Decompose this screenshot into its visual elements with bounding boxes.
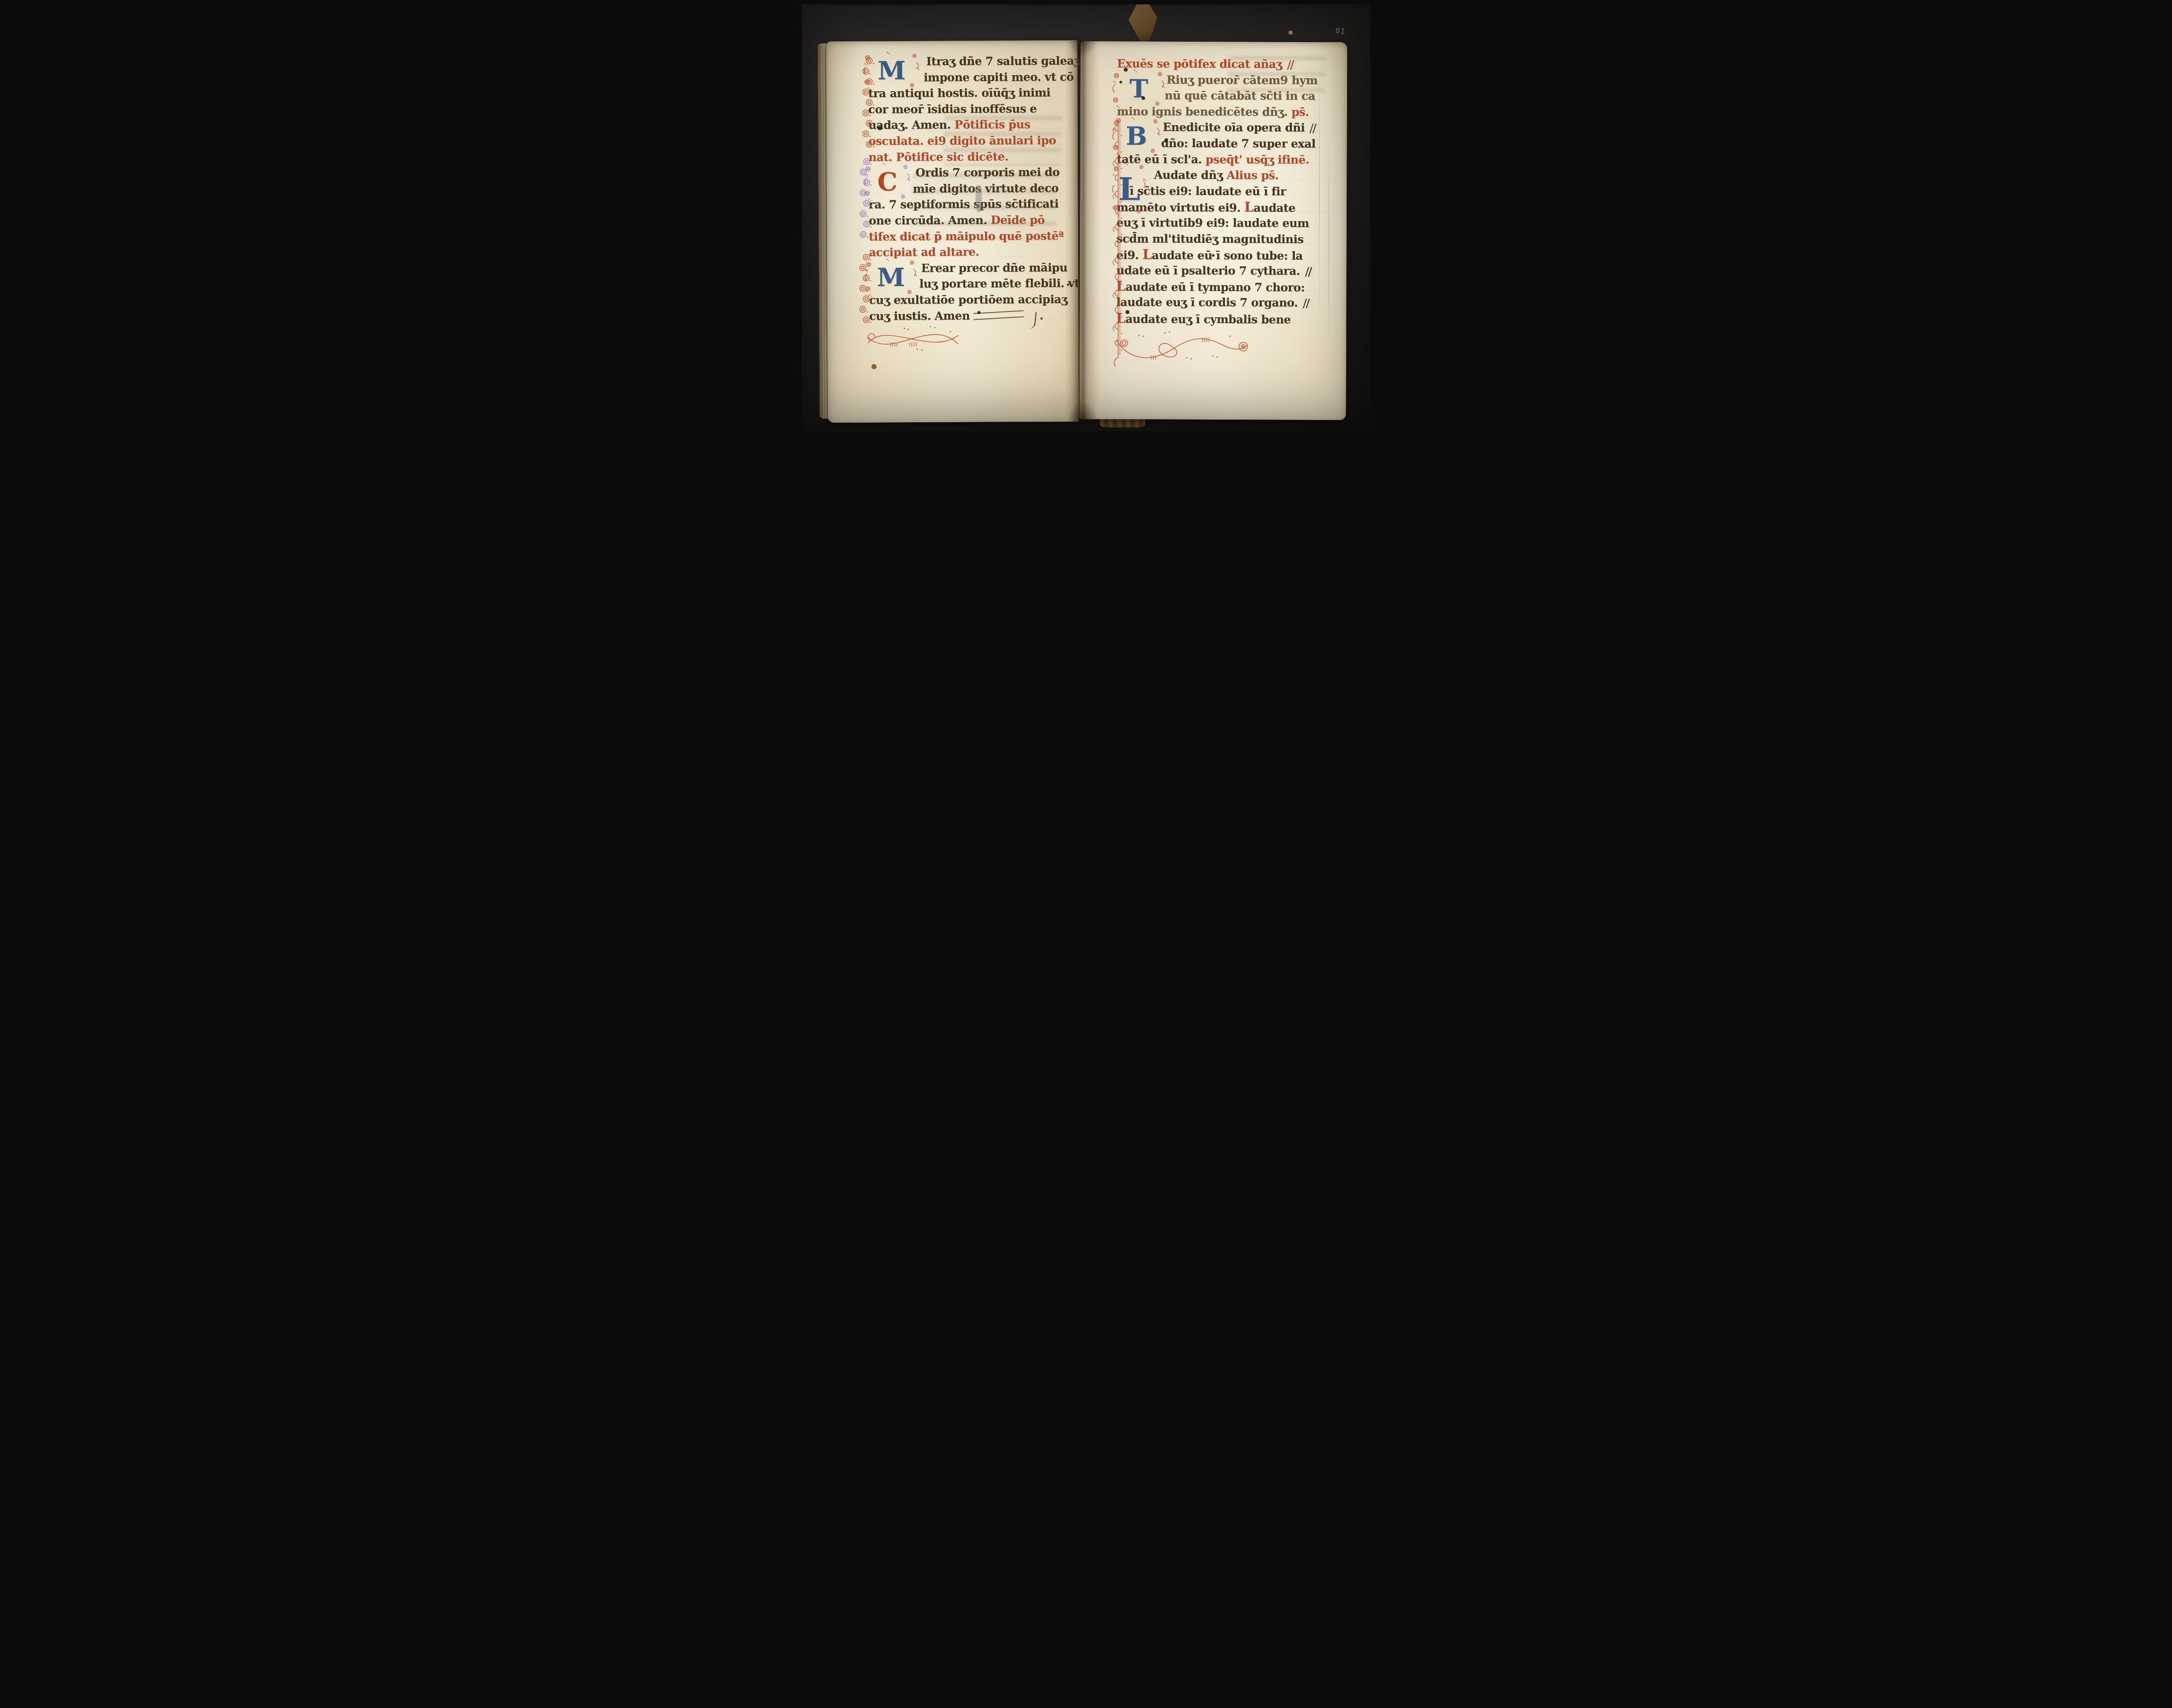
- text-segment: uadaʒ. Amen.: [868, 119, 955, 132]
- text-segment: nū quē cātabāt sc̄ti in ca: [1165, 89, 1315, 103]
- text-segment: impone capiti meo. vt cō: [924, 70, 1074, 84]
- text-segment: euʒ ī virtutib9 ei9: laudate eum: [1116, 216, 1309, 230]
- drop-cap-letter: T: [1129, 76, 1148, 101]
- text-segment: audate eū ī tympano 7 choro:: [1126, 281, 1305, 295]
- drop-cap-initial: M: [869, 261, 912, 293]
- lombard-mark: L: [1116, 279, 1126, 295]
- text-line: cuʒ iustis. Amen .: [869, 308, 1070, 324]
- drop-cap-initial: T: [1117, 73, 1160, 105]
- text-segment: Audate dñʒ: [1154, 169, 1226, 182]
- filler-mark: [1302, 299, 1311, 308]
- drop-cap-letter: M: [877, 265, 904, 290]
- text-line: udate eū ī psalterio 7 cythara.: [1116, 263, 1328, 279]
- text-segment: ei9.: [1116, 249, 1142, 262]
- text-line: cor meor̄ īsidias inoffēsus e: [868, 101, 1069, 118]
- drop-cap-letter: C: [877, 169, 897, 195]
- text-segment: Amen: [934, 309, 970, 322]
- text-line: laudate euʒ ī cordis 7 organo.: [1116, 295, 1328, 311]
- text-segment: Itraʒ dñe 7 salutis galeaʒ: [926, 55, 1080, 69]
- left-page: MItraʒ dñe 7 salutis galeaʒimpone capiti…: [826, 40, 1079, 423]
- right-page: Exuēs se pōtifex dicat añaʒ TRiuʒ pueror…: [1079, 41, 1347, 420]
- ornament-dot: [1288, 30, 1293, 35]
- text-segment: Erear precor dñe māipu: [921, 261, 1067, 275]
- text-segment: cor meor̄ īsidias inoffēsus e: [868, 103, 1037, 116]
- filler-mark: [1305, 267, 1314, 276]
- lombard-mark: L: [1142, 247, 1152, 263]
- text-segment: Pōtificis p̄us: [954, 119, 1030, 132]
- text-line: ī sc̄tis ei9: laudate eū ī fir: [1116, 183, 1328, 200]
- text-segment: dño: laudate 7 super exal: [1161, 137, 1316, 151]
- text-line: TRiuʒ pueror̄ cātem9 hym: [1117, 72, 1329, 89]
- text-segment: scd̄m ml'titudiēʒ magnitudinis: [1116, 232, 1304, 246]
- text-line: mamēto virtutis ei9. Laudate: [1116, 199, 1328, 216]
- hook-mark: [1027, 311, 1037, 329]
- text-line: scd̄m ml'titudiēʒ magnitudinis: [1116, 231, 1328, 248]
- drop-cap-initial: C: [868, 166, 906, 198]
- text-segment: Enedicite oīa opera dñi: [1163, 121, 1309, 135]
- drop-cap-initial: L: [1116, 166, 1142, 212]
- lombard-mark: L: [1244, 200, 1254, 215]
- text-line: BEnedicite oīa opera dñi: [1117, 120, 1329, 136]
- drop-cap-letter: L: [1118, 173, 1140, 205]
- text-segment: audate euʒ ī cymbalis bene: [1126, 313, 1291, 326]
- drop-cap-letter: M: [877, 58, 905, 83]
- text-segment: pseq̄t' usq̄ʒ ifinē.: [1205, 153, 1309, 166]
- text-segment: mīe digitos virtute deco: [913, 182, 1059, 195]
- text-segment: cuʒ iustis.: [869, 310, 935, 323]
- text-line: COrdis 7 corporis mei do: [868, 165, 1069, 182]
- text-line: MItraʒ dñe 7 salutis galeaʒ: [868, 53, 1069, 70]
- text-segment: Riuʒ pueror̄ cātem9 hym: [1166, 73, 1318, 87]
- left-text-block: MItraʒ dñe 7 salutis galeaʒimpone capiti…: [868, 53, 1070, 324]
- text-line: euʒ ī virtutib9 ei9: laudate eum: [1116, 215, 1328, 232]
- text-segment: .: [1036, 309, 1043, 322]
- text-segment: ps̄.: [1291, 106, 1309, 119]
- text-segment: audate: [1254, 202, 1295, 215]
- lombard-mark: L: [1116, 311, 1126, 326]
- text-line: tifex dicat p̄ māipulo quē postēª: [869, 228, 1069, 245]
- drop-cap-initial: M: [868, 54, 915, 86]
- text-line: uadaʒ. Amen. Pōtificis p̄us: [868, 117, 1069, 134]
- text-segment: laudate euʒ ī cordis 7 organo.: [1116, 296, 1301, 309]
- text-segment: Ordis 7 corporis mei do: [915, 166, 1060, 179]
- text-segment: udate eū ī psalterio 7 cythara.: [1116, 264, 1304, 278]
- text-line: ei9. Laudate eū ī sono tube: la: [1116, 247, 1328, 263]
- text-line: one circūda. Amen. Deīde pō: [869, 212, 1069, 229]
- filler-mark: [1287, 60, 1296, 70]
- text-segment: luʒ portare mēte flebili. vt: [919, 277, 1079, 291]
- text-segment: Alius ps̄.: [1226, 169, 1278, 182]
- text-segment: ī sc̄tis ei9: laudate eū ī fir: [1129, 185, 1286, 198]
- text-segment: osculata. ei9 digito ānulari ipo: [868, 134, 1056, 148]
- drop-cap-letter: B: [1126, 124, 1147, 149]
- drop-cap-initial: B: [1117, 120, 1156, 152]
- filler-mark: [1310, 124, 1319, 133]
- text-line: osculata. ei9 digito ānulari ipo: [868, 133, 1069, 150]
- folio-number: 81: [1335, 26, 1346, 36]
- ornament-dot: [1344, 40, 1347, 43]
- rule-mark: [973, 310, 1024, 320]
- text-line: Laudate eū ī tympano 7 choro:: [1116, 279, 1328, 295]
- text-segment: tifex dicat p̄ māipulo quē postēª: [869, 229, 1064, 243]
- text-segment: Deīde pō: [991, 214, 1045, 227]
- text-line: LAudate dñʒ Alius ps̄.: [1116, 167, 1328, 184]
- text-segment: one circūda. Amen.: [869, 214, 991, 228]
- right-text-block: Exuēs se pōtifex dicat añaʒ TRiuʒ pueror…: [1116, 56, 1329, 327]
- manuscript-photo: MItraʒ dñe 7 salutis galeaʒimpone capiti…: [802, 4, 1370, 431]
- text-line: Laudate euʒ ī cymbalis bene: [1116, 311, 1328, 327]
- text-line: MErear precor dñe māipu: [869, 260, 1069, 277]
- ornament-dot: [1344, 22, 1348, 25]
- text-segment: audate eū ī sono tube: la: [1152, 249, 1303, 263]
